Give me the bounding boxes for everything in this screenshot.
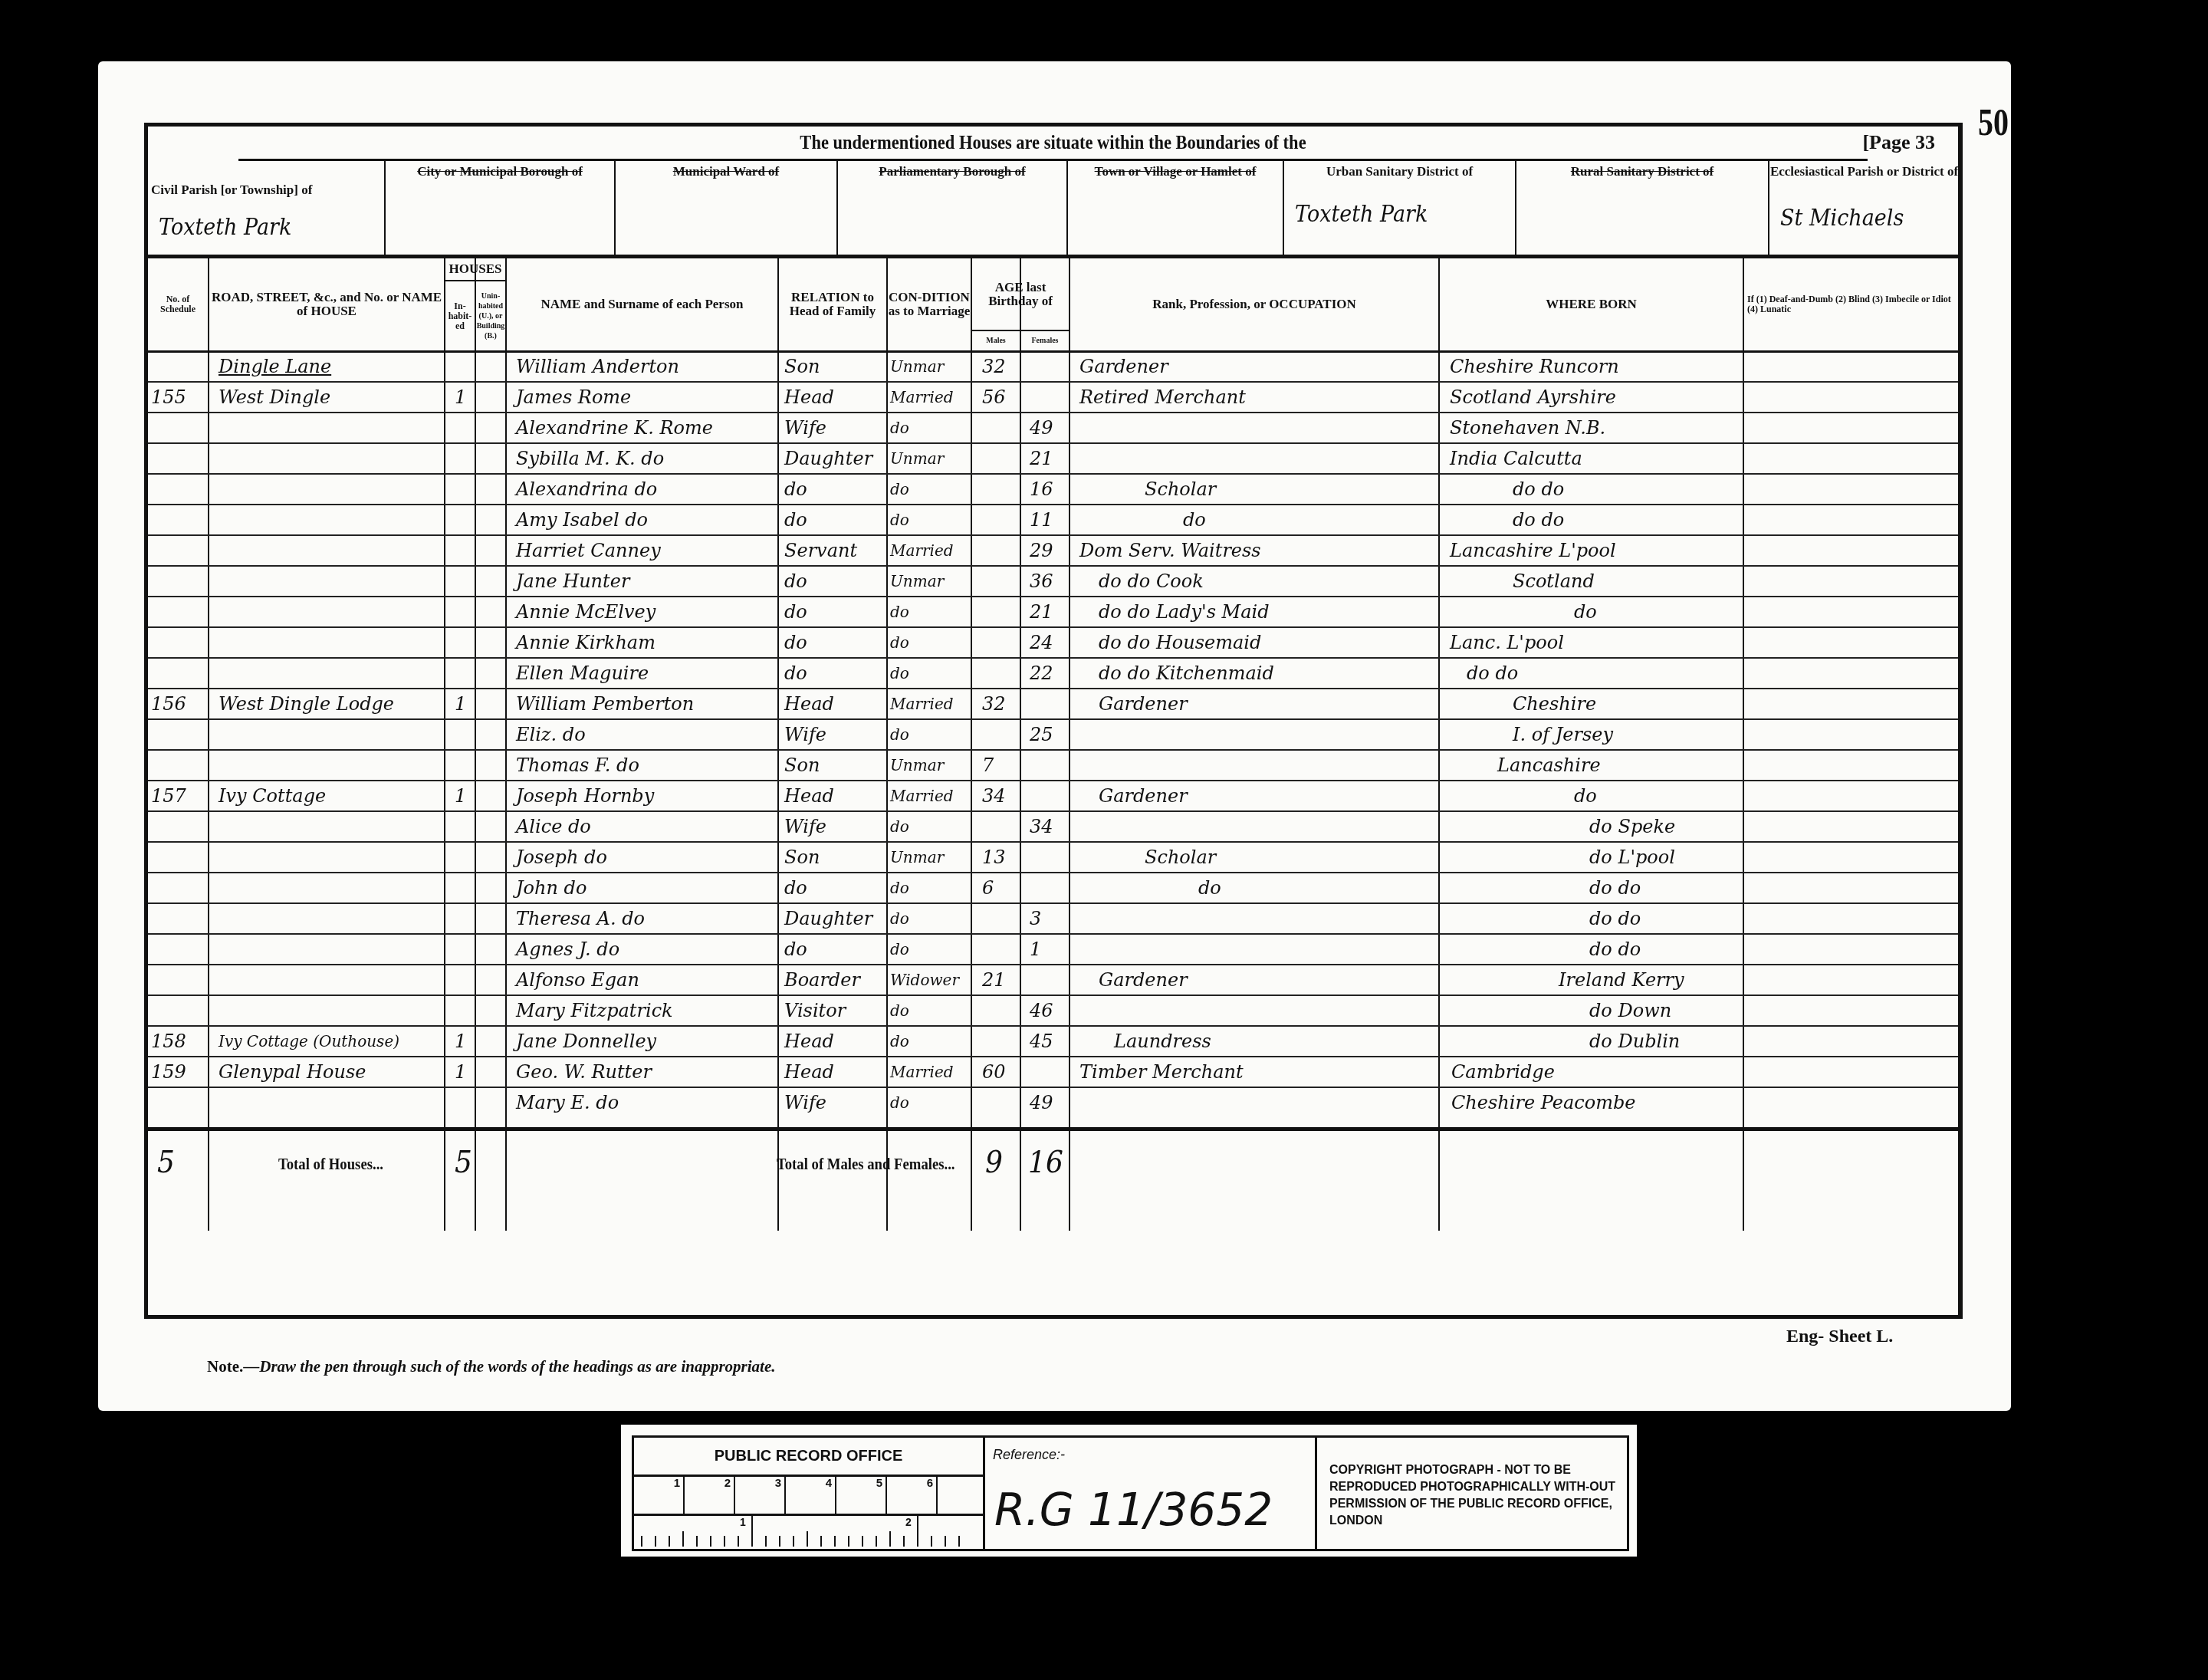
person-name: Joseph do: [516, 841, 607, 872]
condition: do: [890, 810, 909, 841]
where-born: India Calcutta: [1450, 442, 1582, 473]
condition: do: [890, 995, 909, 1025]
scale-label: 1: [740, 1516, 746, 1528]
occupation: Gardener: [1099, 780, 1188, 810]
where-born: do do: [1589, 872, 1641, 902]
table-row: Theresa A. do Daughter do 3 do do: [148, 902, 1958, 935]
relation: do: [784, 504, 807, 534]
table-row: Annie McElvey do do 21 do do Lady's Maid…: [148, 596, 1958, 628]
ruler-tick: 1: [634, 1477, 685, 1514]
address: Ivy Cottage (Outhouse): [219, 1025, 399, 1056]
total-houses-value: 5: [455, 1145, 472, 1180]
table-row: Alexandrina do do do 16 Scholar do do: [148, 473, 1958, 505]
col-condition: CON-DITION as to Marriage: [888, 258, 972, 350]
occupation: Scholar: [1145, 473, 1216, 504]
female-age: 45: [1030, 1025, 1053, 1056]
municipal-borough-field: City or Municipal Borough of: [386, 159, 616, 255]
where-born: Scotland: [1513, 565, 1595, 596]
scale-ruler: 1 2: [634, 1516, 983, 1547]
footnote: Note.—Draw the pen through such of the w…: [207, 1357, 776, 1376]
occupation: do do Kitchenmaid: [1099, 657, 1274, 688]
where-born: do do: [1513, 504, 1564, 534]
boundary-row: Civil Parish [or Township] of Toxteth Pa…: [148, 159, 1958, 258]
col-females: Females: [1021, 331, 1070, 350]
condition: Married: [890, 381, 954, 412]
condition: Widower: [890, 964, 959, 995]
col-age: AGE last Birthday of: [972, 258, 1070, 331]
ruler-ticks-icon: [634, 1516, 983, 1547]
male-age: 34: [982, 780, 1006, 810]
male-age: 6: [982, 872, 994, 902]
occupation: Dom Serv. Waitress: [1079, 534, 1261, 565]
table-row: Sybilla M. K. do Daughter Unmar 21 India…: [148, 442, 1958, 475]
person-name: Alice do: [516, 810, 591, 841]
reference-block: Reference:- R.G 11/3652: [985, 1438, 1317, 1549]
where-born: do: [1574, 596, 1597, 626]
person-name: Thomas F. do: [516, 749, 639, 780]
ruler-tick: 6: [887, 1477, 938, 1514]
male-age: 32: [982, 350, 1006, 381]
condition: Unmar: [890, 565, 944, 596]
col-infirmity: If (1) Deaf-and-Dumb (2) Blind (3) Imbec…: [1744, 258, 1959, 350]
copyright-notice: COPYRIGHT PHOTOGRAPH - NOT TO BE REPRODU…: [1320, 1438, 1623, 1549]
female-age: 21: [1030, 442, 1053, 473]
where-born: Scotland Ayrshire: [1450, 381, 1616, 412]
reference-value: R.G 11/3652: [994, 1484, 1273, 1536]
female-age: 1: [1030, 933, 1041, 964]
relation: Visitor: [784, 995, 846, 1025]
where-born: Cheshire Runcorn: [1450, 350, 1619, 381]
where-born: Cambridge: [1451, 1056, 1555, 1087]
table-row: Amy Isabel do do do 11 do do do: [148, 504, 1958, 536]
table-row: John do do do 6 do do do: [148, 872, 1958, 904]
field-value: Toxteth Park: [159, 214, 291, 241]
banner-heading: The undermentioned Houses are situate wi…: [238, 127, 1868, 161]
col-occupation: Rank, Profession, or OCCUPATION: [1070, 258, 1440, 350]
where-born: do: [1574, 780, 1597, 810]
relation: Daughter: [784, 902, 872, 933]
female-age: 29: [1030, 534, 1053, 565]
reference-caption: Reference:-: [985, 1438, 1315, 1463]
col-relation: RELATION to Head of Family: [779, 258, 888, 350]
condition: do: [890, 504, 909, 534]
relation: Head: [784, 780, 834, 810]
person-name: Jane Donnelley: [516, 1025, 656, 1056]
person-name: Sybilla M. K. do: [516, 442, 664, 473]
occupation: do do Lady's Maid: [1099, 596, 1270, 626]
relation: Head: [784, 688, 834, 718]
male-age: 32: [982, 688, 1006, 718]
note-text: Draw the pen through such of the words o…: [259, 1357, 775, 1376]
where-born: do do: [1589, 902, 1641, 933]
table-row: Alexandrine K. Rome Wife do 49 Stonehave…: [148, 412, 1958, 444]
table-row: Eliz. do Wife do 25 I. of Jersey: [148, 718, 1958, 751]
relation: Wife: [784, 1087, 826, 1117]
condition: do: [890, 872, 909, 902]
field-label: Civil Parish [or Township] of: [148, 159, 384, 197]
total-persons-label: Total of Males and Females...: [777, 1154, 955, 1174]
table-row: Alice do Wife do 34 do Speke: [148, 810, 1958, 843]
field-label: Parliamentary Borough of: [838, 159, 1066, 179]
inch-ruler: 1 2 3 4 5 6: [634, 1477, 983, 1516]
where-born: Stonehaven N.B.: [1450, 412, 1605, 442]
inhabited: 1: [455, 780, 466, 810]
totals-row: 5 Total of Houses... 5 Total of Males an…: [148, 1127, 1958, 1200]
occupation: Laundress: [1114, 1025, 1211, 1056]
table-row: Mary Fitzpatrick Visitor do 46 do Down: [148, 995, 1958, 1027]
scale-label: 2: [905, 1516, 912, 1528]
condition: Unmar: [890, 841, 944, 872]
field-value: Toxteth Park: [1295, 201, 1428, 228]
table-row: Ellen Maguire do do 22 do do Kitchenmaid…: [148, 657, 1958, 689]
ruler-tick: 3: [735, 1477, 786, 1514]
field-label: Municipal Ward of: [616, 159, 836, 179]
table-row: 155 West Dingle 1 James Rome Head Marrie…: [148, 381, 1958, 413]
female-age: 49: [1030, 412, 1053, 442]
address: Dingle Lane: [219, 350, 331, 381]
field-label: Urban Sanitary District of: [1284, 159, 1515, 179]
total-houses-label: Total of Houses...: [278, 1154, 383, 1174]
reference-label: PUBLIC RECORD OFFICE 1 2 3 4 5 6: [621, 1425, 1637, 1557]
table-row: Joseph do Son Unmar 13 Scholar do L'pool: [148, 841, 1958, 873]
person-name: Harriet Canney: [516, 534, 661, 565]
condition: do: [890, 473, 909, 504]
where-born: do do: [1467, 657, 1518, 688]
where-born: do Down: [1589, 995, 1671, 1025]
table-row: Alfonso Egan Boarder Widower 21 Gardener…: [148, 964, 1958, 996]
note-prefix: Note.—: [207, 1357, 259, 1376]
condition: Unmar: [890, 350, 944, 381]
where-born: do do: [1513, 473, 1564, 504]
rural-sanitary-field: Rural Sanitary District of: [1516, 159, 1769, 255]
relation: do: [784, 626, 807, 657]
address: West Dingle: [219, 381, 330, 412]
condition: Married: [890, 780, 954, 810]
parliamentary-borough-field: Parliamentary Borough of: [838, 159, 1068, 255]
col-schedule: No. of Schedule: [148, 258, 209, 350]
relation: Daughter: [784, 442, 872, 473]
female-age: 36: [1030, 565, 1053, 596]
person-name: Geo. W. Rutter: [516, 1056, 652, 1087]
col-inhabited: In-habit-ed: [445, 281, 476, 350]
schedules-total-mark: 5: [157, 1145, 175, 1180]
table-row: 158 Ivy Cottage (Outhouse) 1 Jane Donnel…: [148, 1025, 1958, 1057]
occupation: Retired Merchant: [1079, 381, 1246, 412]
person-name: Amy Isabel do: [516, 504, 648, 534]
table-row: Agnes J. do do do 1 do do: [148, 933, 1958, 965]
condition: do: [890, 626, 909, 657]
occupation: do: [1198, 872, 1221, 902]
table-row: 156 West Dingle Lodge 1 William Pemberto…: [148, 688, 1958, 720]
col-address: ROAD, STREET, &c., and No. or NAME of HO…: [209, 258, 445, 350]
condition: Unmar: [890, 749, 944, 780]
condition: Unmar: [890, 442, 944, 473]
condition: Married: [890, 534, 954, 565]
sheet-number: 50: [1978, 100, 2009, 144]
relation: Servant: [784, 534, 857, 565]
table-row: 159 Glenypal House 1 Geo. W. Rutter Head…: [148, 1056, 1958, 1088]
field-value: St Michaels: [1780, 205, 1904, 232]
ecclesiastical-parish-field: Ecclesiastical Parish or District of St …: [1769, 159, 1959, 255]
relation: Son: [784, 749, 820, 780]
address: Glenypal House: [219, 1056, 366, 1087]
inhabited: 1: [455, 1025, 466, 1056]
urban-sanitary-field: Urban Sanitary District of Toxteth Park: [1284, 159, 1516, 255]
inhabited: 1: [455, 688, 466, 718]
person-name: Agnes J. do: [516, 933, 619, 964]
condition: Married: [890, 1056, 954, 1087]
relation: Head: [784, 1056, 834, 1087]
person-name: Annie McElvey: [516, 596, 655, 626]
form-code: Eng- Sheet L.: [1786, 1327, 1893, 1347]
condition: do: [890, 596, 909, 626]
town-village-field: Town or Village or Hamlet of: [1068, 159, 1284, 255]
condition: do: [890, 412, 909, 442]
inhabited: 1: [455, 381, 466, 412]
person-name: Annie Kirkham: [516, 626, 655, 657]
relation: do: [784, 596, 807, 626]
where-born: Lancashire: [1497, 749, 1601, 780]
field-label: Rural Sanitary District of: [1516, 159, 1768, 179]
female-age: 34: [1030, 810, 1053, 841]
where-born: I. of Jersey: [1513, 718, 1613, 749]
occupation: Gardener: [1099, 964, 1188, 995]
schedule-number: 157: [151, 780, 186, 810]
female-age: 22: [1030, 657, 1053, 688]
person-name: Mary E. do: [516, 1087, 619, 1117]
census-form: The undermentioned Houses are situate wi…: [144, 123, 1963, 1319]
condition: do: [890, 657, 909, 688]
male-age: 56: [982, 381, 1006, 412]
female-age: 49: [1030, 1087, 1053, 1117]
table-row: Thomas F. do Son Unmar 7 Lancashire: [148, 749, 1958, 781]
table-row: Dingle Lane William Anderton Son Unmar 3…: [148, 350, 1958, 383]
where-born: Lanc. L'pool: [1450, 626, 1564, 657]
condition: do: [890, 1025, 909, 1056]
relation: do: [784, 872, 807, 902]
public-record-office-block: PUBLIC RECORD OFFICE 1 2 3 4 5 6: [634, 1438, 985, 1549]
person-name: Theresa A. do: [516, 902, 645, 933]
relation: Son: [784, 350, 820, 381]
relation: Head: [784, 381, 834, 412]
where-born: do do: [1589, 933, 1641, 964]
female-age: 16: [1030, 473, 1053, 504]
table-row: Mary E. do Wife do 49 Cheshire Peacombe: [148, 1087, 1958, 1117]
col-males: Males: [972, 331, 1021, 350]
condition: do: [890, 902, 909, 933]
address: West Dingle Lodge: [219, 688, 394, 718]
female-age: 11: [1030, 504, 1053, 534]
where-born: Cheshire Peacombe: [1451, 1087, 1636, 1117]
condition: do: [890, 1087, 909, 1117]
person-name: Eliz. do: [516, 718, 586, 749]
female-age: 24: [1030, 626, 1053, 657]
where-born: Ireland Kerry: [1559, 964, 1684, 995]
occupation: Gardener: [1079, 350, 1168, 381]
schedule-number: 159: [151, 1056, 186, 1087]
female-age: 21: [1030, 596, 1053, 626]
person-name: Joseph Hornby: [516, 780, 654, 810]
table-row: Jane Hunter do Unmar 36 do do Cook Scotl…: [148, 565, 1958, 597]
address: Ivy Cottage: [219, 780, 326, 810]
page-label: [Page 33: [1862, 131, 1935, 154]
occupation: do: [1183, 504, 1206, 534]
inhabited: 1: [455, 1056, 466, 1087]
municipal-ward-field: Municipal Ward of: [616, 159, 838, 255]
person-name: James Rome: [516, 381, 631, 412]
relation: do: [784, 933, 807, 964]
field-label: City or Municipal Borough of: [386, 159, 614, 179]
condition: do: [890, 718, 909, 749]
occupation: Scholar: [1145, 841, 1216, 872]
schedule-number: 156: [151, 688, 186, 718]
female-age: 25: [1030, 718, 1053, 749]
occupation: Timber Merchant: [1079, 1056, 1244, 1087]
relation: Wife: [784, 412, 826, 442]
person-name: John do: [516, 872, 586, 902]
person-name: Ellen Maguire: [516, 657, 649, 688]
occupation: do do Housemaid: [1099, 626, 1261, 657]
male-age: 13: [982, 841, 1006, 872]
field-label: Ecclesiastical Parish or District of: [1769, 159, 1959, 179]
col-houses: HOUSES: [445, 258, 507, 281]
female-age: 46: [1030, 995, 1053, 1025]
condition: Married: [890, 688, 954, 718]
where-born: Lancashire L'pool: [1450, 534, 1616, 565]
total-females: 16: [1028, 1145, 1063, 1180]
schedule-number: 155: [151, 381, 186, 412]
male-age: 7: [982, 749, 994, 780]
col-where-born: WHERE BORN: [1440, 258, 1744, 350]
occupation: Gardener: [1099, 688, 1188, 718]
relation: Son: [784, 841, 820, 872]
schedule-number: 158: [151, 1025, 186, 1056]
person-name: Mary Fitzpatrick: [516, 995, 673, 1025]
where-born: do L'pool: [1589, 841, 1675, 872]
relation: Head: [784, 1025, 834, 1056]
person-name: William Anderton: [516, 350, 679, 381]
person-name: William Pemberton: [516, 688, 694, 718]
relation: Wife: [784, 718, 826, 749]
person-name: Alfonso Egan: [516, 964, 639, 995]
field-label: Town or Village or Hamlet of: [1068, 159, 1283, 179]
female-age: 3: [1030, 902, 1041, 933]
ruler-tick: 2: [685, 1477, 735, 1514]
relation: do: [784, 473, 807, 504]
where-born: do Dublin: [1589, 1025, 1680, 1056]
col-name: NAME and Surname of each Person: [507, 258, 779, 350]
relation: Boarder: [784, 964, 860, 995]
relation: do: [784, 657, 807, 688]
column-headers: No. of Schedule ROAD, STREET, &c., and N…: [148, 258, 1958, 353]
ruler-tick: 5: [836, 1477, 887, 1514]
relation: Wife: [784, 810, 826, 841]
male-age: 60: [982, 1056, 1006, 1087]
person-name: Jane Hunter: [516, 565, 629, 596]
table-row: Annie Kirkham do do 24 do do Housemaid L…: [148, 626, 1958, 659]
person-name: Alexandrina do: [516, 473, 657, 504]
ruler-tick: 4: [786, 1477, 836, 1514]
where-born: do Speke: [1589, 810, 1675, 841]
office-title: PUBLIC RECORD OFFICE: [634, 1438, 983, 1477]
male-age: 21: [982, 964, 1006, 995]
table-row: Harriet Canney Servant Married 29 Dom Se…: [148, 534, 1958, 567]
total-males: 9: [985, 1145, 1003, 1180]
table-row: 157 Ivy Cottage 1 Joseph Hornby Head Mar…: [148, 780, 1958, 812]
relation: do: [784, 565, 807, 596]
person-name: Alexandrine K. Rome: [516, 412, 713, 442]
occupation: do do Cook: [1099, 565, 1204, 596]
where-born: Cheshire: [1513, 688, 1596, 718]
condition: do: [890, 933, 909, 964]
col-uninhabited: Unin-habited (U.), or Building (B.): [476, 281, 507, 350]
civil-parish-field: Civil Parish [or Township] of Toxteth Pa…: [148, 159, 386, 255]
